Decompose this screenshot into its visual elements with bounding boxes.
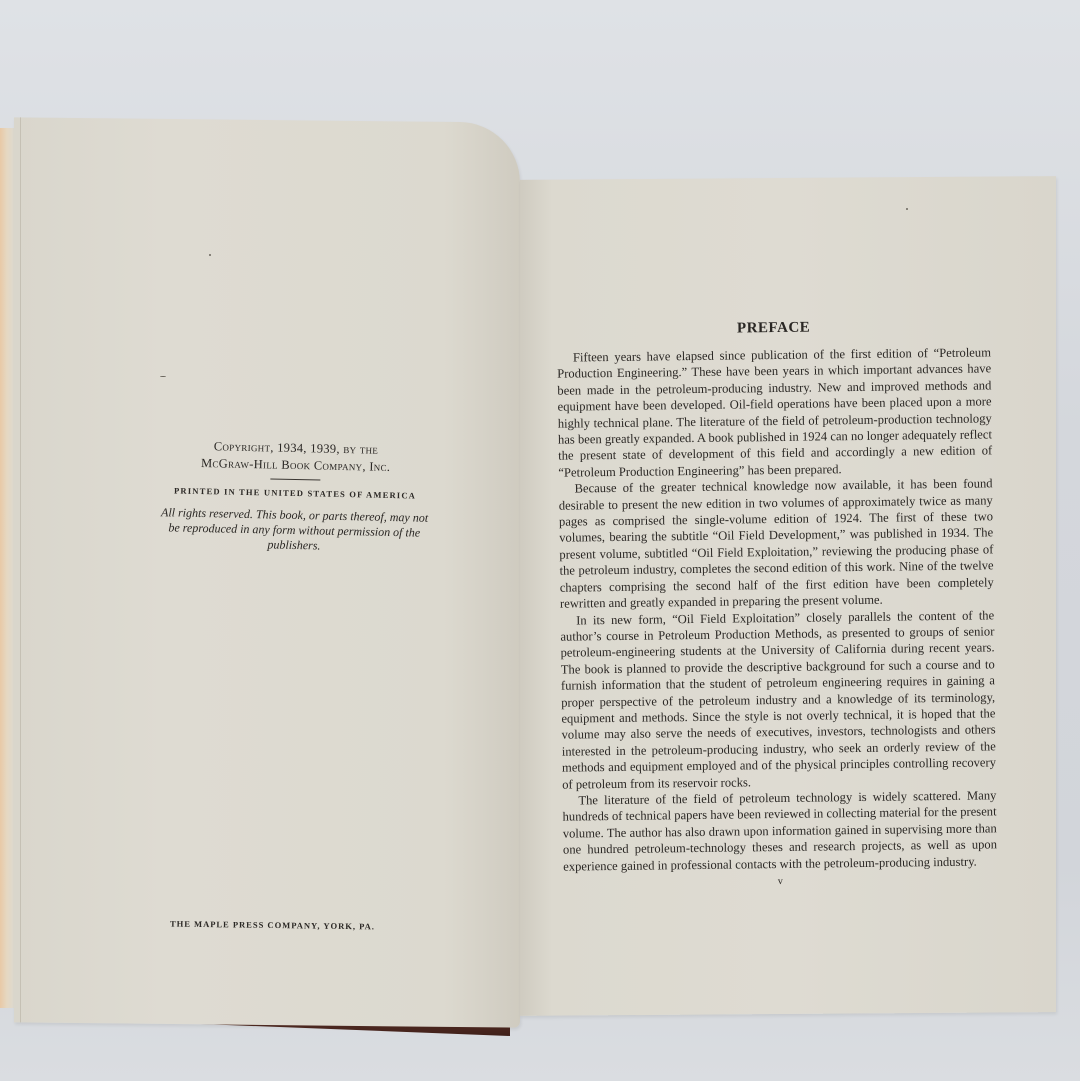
paper-speck <box>160 376 166 377</box>
preface-paragraph-3: In its new form, “Oil Field Exploitation… <box>560 607 996 793</box>
paper-speck <box>209 254 211 256</box>
printed-in-line: PRINTED IN THE UNITED STATES OF AMERICA <box>160 483 430 503</box>
rights-reserved: All rights reserved. This book, or parts… <box>159 505 430 556</box>
divider-rule <box>270 478 320 480</box>
page-edge-line <box>20 117 21 1022</box>
preface-paragraph-4: The literature of the field of petroleum… <box>562 787 997 874</box>
preface-section: PREFACE Fifteen years have elapsed since… <box>557 317 998 889</box>
paper-speck <box>906 208 908 210</box>
left-page <box>14 117 520 1027</box>
page-stack-edge <box>0 128 15 1008</box>
preface-paragraph-2: Because of the greater technical knowled… <box>558 476 994 613</box>
copyright-notice: Copyright, 1934, 1939, by the McGraw-Hil… <box>159 437 431 556</box>
preface-paragraph-1: Fifteen years have elapsed since publica… <box>557 344 993 481</box>
